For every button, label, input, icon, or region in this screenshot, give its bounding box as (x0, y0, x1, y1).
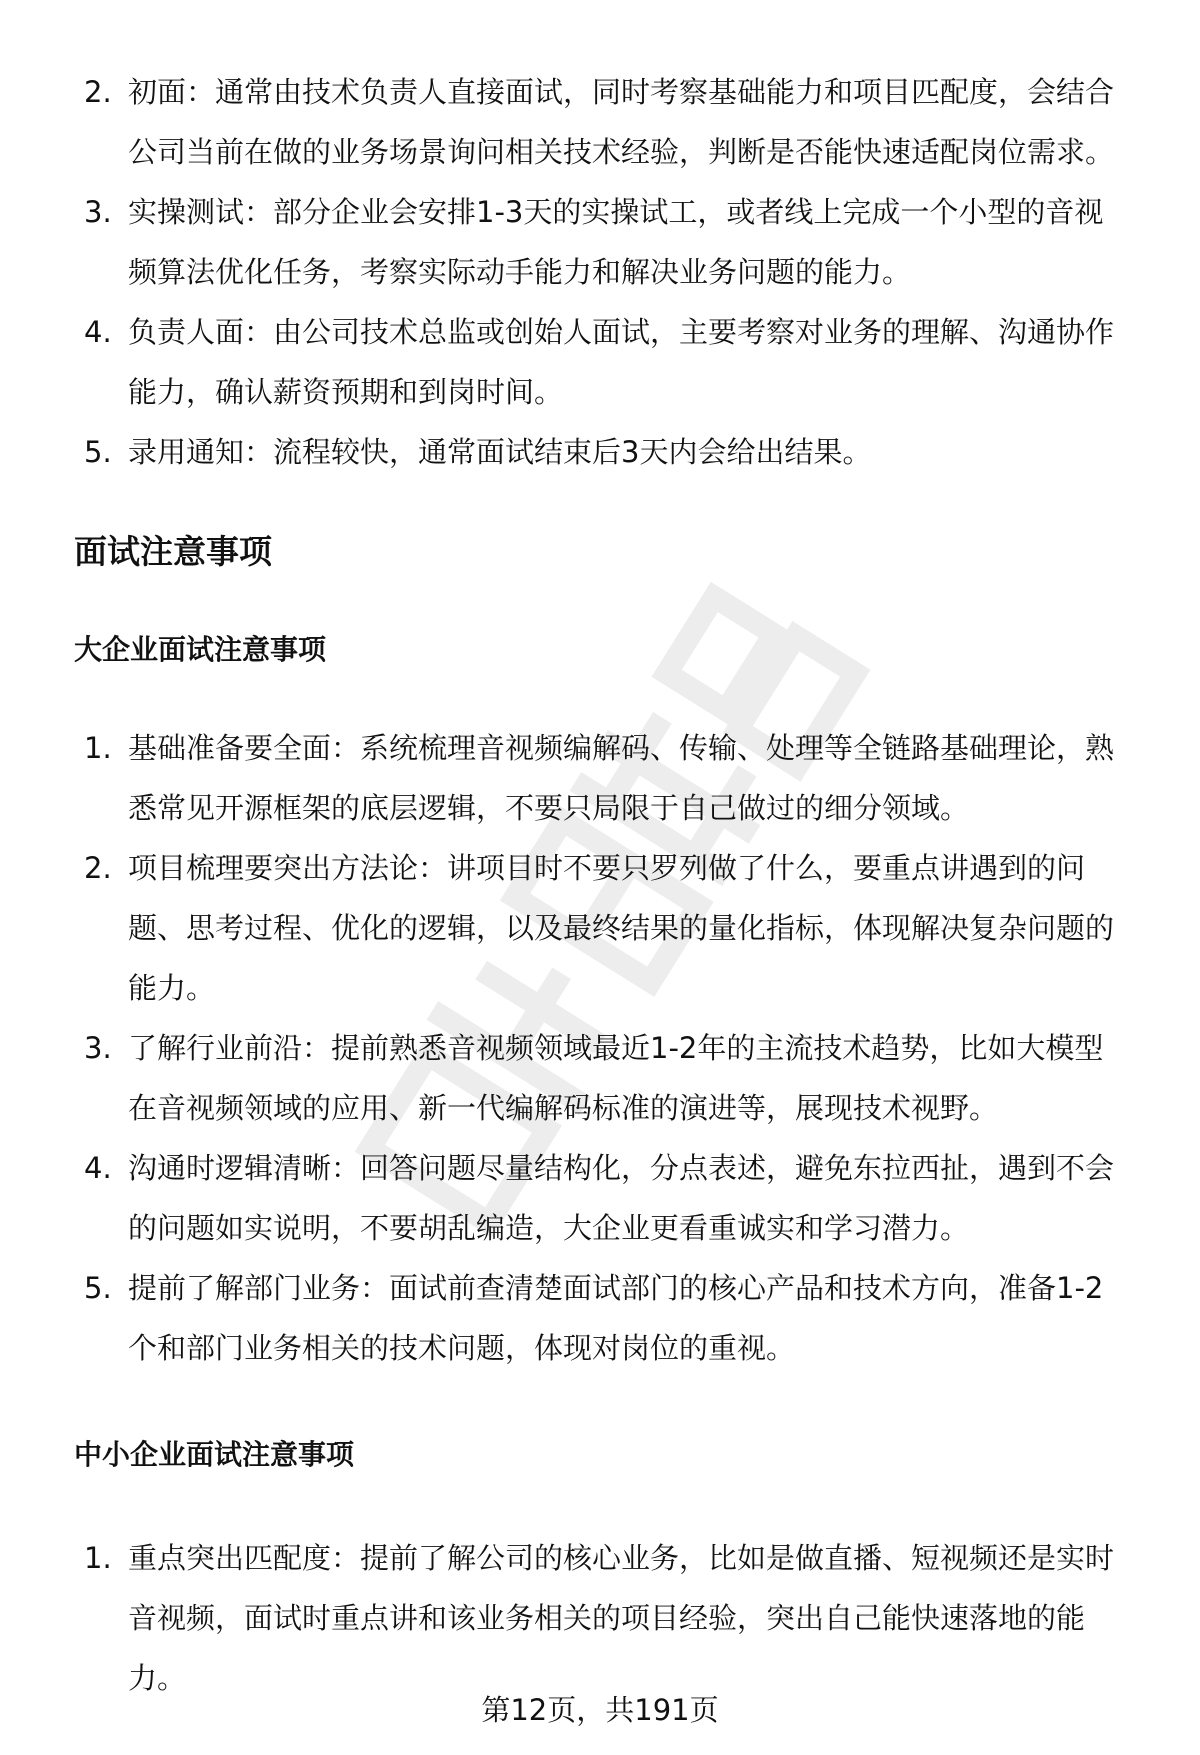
list-number: 5. (84, 1268, 112, 1308)
list-item-text: 录用通知：流程较快，通常面试结束后3天内会给出结果。 (128, 432, 871, 472)
list-number: 3. (84, 192, 112, 232)
list-number: 2. (84, 72, 112, 112)
document-page: 2. 初面：通常由技术负责人直接面试，同时考察基础能力和项目匹配度，会结合 公司… (0, 0, 1200, 1755)
subsection-title-big-company: 大企业面试注意事项 (74, 630, 326, 670)
list-number: 2. (84, 848, 112, 888)
section-title: 面试注意事项 (74, 530, 272, 574)
list-number: 1. (84, 1538, 112, 1578)
subsection-title-small-company: 中小企业面试注意事项 (74, 1435, 354, 1475)
list-number: 5. (84, 432, 112, 472)
list-item-text: 频算法优化任务，考察实际动手能力和解决业务问题的能力。 (128, 252, 911, 292)
list-item-text: 能力。 (128, 968, 215, 1008)
list-item-text: 题、思考过程、优化的逻辑，以及最终结果的量化指标，体现解决复杂问题的 (128, 908, 1114, 948)
list-item-text: 在音视频领域的应用、新一代编解码标准的演进等，展现技术视野。 (128, 1088, 998, 1128)
page-indicator: 第12页，共191页 (0, 1690, 1200, 1730)
list-item-text: 音视频，面试时重点讲和该业务相关的项目经验，突出自己能快速落地的能 (128, 1598, 1085, 1638)
list-item-text: 提前了解部门业务：面试前查清楚面试部门的核心产品和技术方向，准备1-2 (128, 1268, 1103, 1308)
list-item-text: 悉常见开源框架的底层逻辑，不要只局限于自己做过的细分领域。 (128, 788, 969, 828)
list-number: 1. (84, 728, 112, 768)
list-item-text: 初面：通常由技术负责人直接面试，同时考察基础能力和项目匹配度，会结合 (128, 72, 1114, 112)
list-item-text: 了解行业前沿：提前熟悉音视频领域最近1-2年的主流技术趋势，比如大模型 (128, 1028, 1103, 1068)
list-item-text: 的问题如实说明，不要胡乱编造，大企业更看重诚实和学习潜力。 (128, 1208, 969, 1248)
list-number: 4. (84, 1148, 112, 1188)
list-item-text: 负责人面：由公司技术总监或创始人面试，主要考察对业务的理解、沟通协作 (128, 312, 1114, 352)
list-number: 4. (84, 312, 112, 352)
list-item-text: 能力，确认薪资预期和到岗时间。 (128, 372, 563, 412)
list-item-text: 个和部门业务相关的技术问题，体现对岗位的重视。 (128, 1328, 795, 1368)
list-item-text: 实操测试：部分企业会安排1-3天的实操试工，或者线上完成一个小型的音视 (128, 192, 1103, 232)
list-item-text: 沟通时逻辑清晰：回答问题尽量结构化，分点表述，避免东拉西扯，遇到不会 (128, 1148, 1114, 1188)
list-item-text: 重点突出匹配度：提前了解公司的核心业务，比如是做直播、短视频还是实时 (128, 1538, 1114, 1578)
list-item-text: 基础准备要全面：系统梳理音视频编解码、传输、处理等全链路基础理论，熟 (128, 728, 1114, 768)
list-item-text: 项目梳理要突出方法论：讲项目时不要只罗列做了什么，要重点讲遇到的问 (128, 848, 1085, 888)
list-number: 3. (84, 1028, 112, 1068)
list-item-text: 公司当前在做的业务场景询问相关技术经验，判断是否能快速适配岗位需求。 (128, 132, 1114, 172)
